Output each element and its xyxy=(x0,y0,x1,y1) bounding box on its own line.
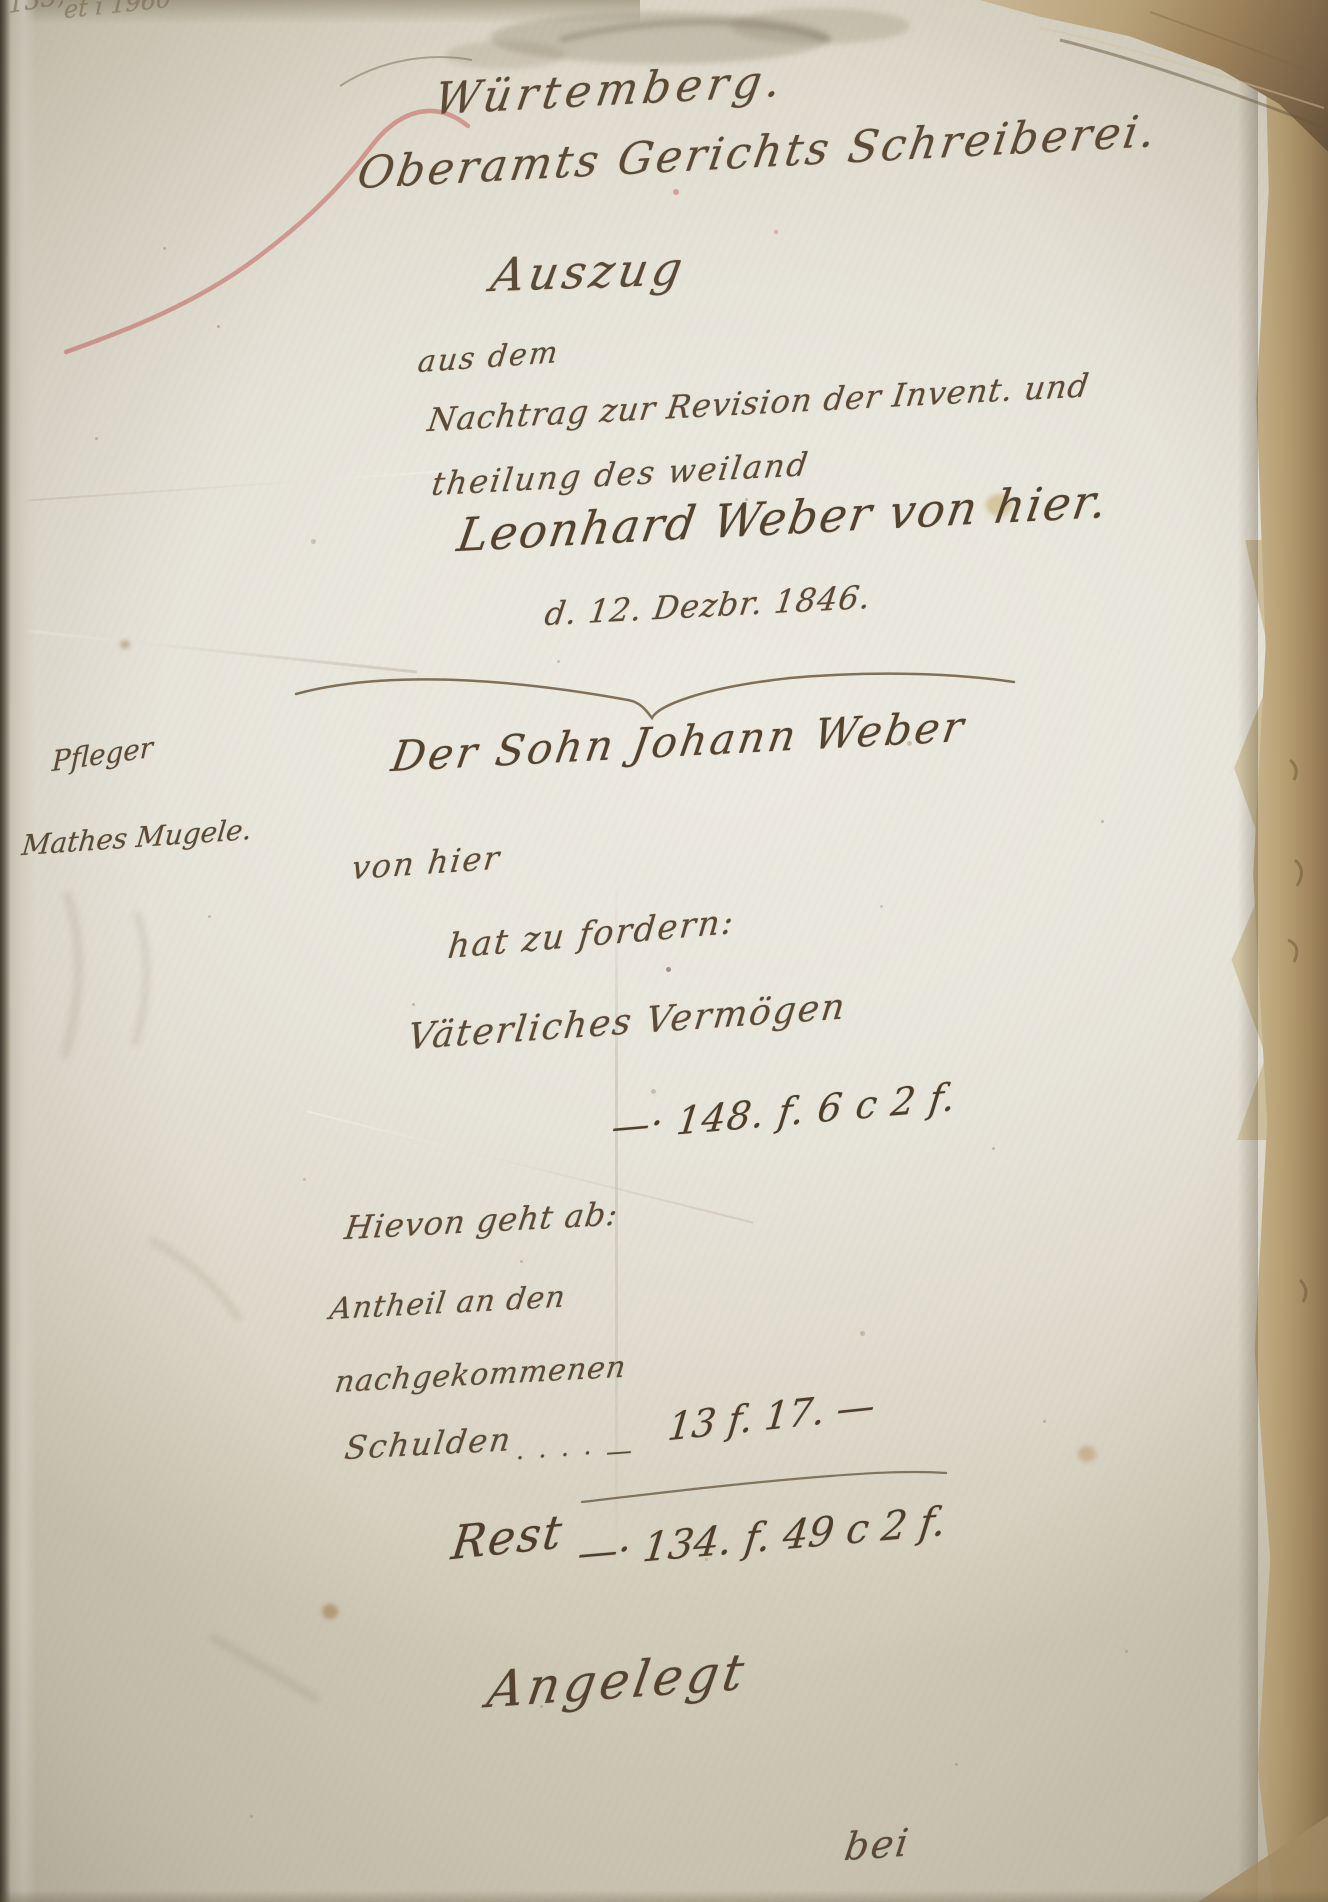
heading-doc-type: Auszug xyxy=(488,245,690,298)
stain xyxy=(1078,1446,1096,1462)
leader-dots: · · · · — xyxy=(515,1438,636,1472)
rest-label: Rest xyxy=(449,1508,566,1567)
stain xyxy=(322,1604,338,1619)
page-edge-shadow xyxy=(1238,0,1258,1902)
page-bottom-edge xyxy=(0,1890,1328,1902)
debts-label: Schulden xyxy=(343,1423,515,1464)
paper-specks xyxy=(0,0,3,3)
stain xyxy=(120,640,130,649)
manuscript-photo: 133, et i 1960 Würtemberg. Oberamts Geri… xyxy=(0,0,1328,1902)
page-left-edge xyxy=(0,0,36,1902)
body-line: von hier xyxy=(350,841,503,884)
closing-word-bei: bei xyxy=(842,1823,912,1866)
